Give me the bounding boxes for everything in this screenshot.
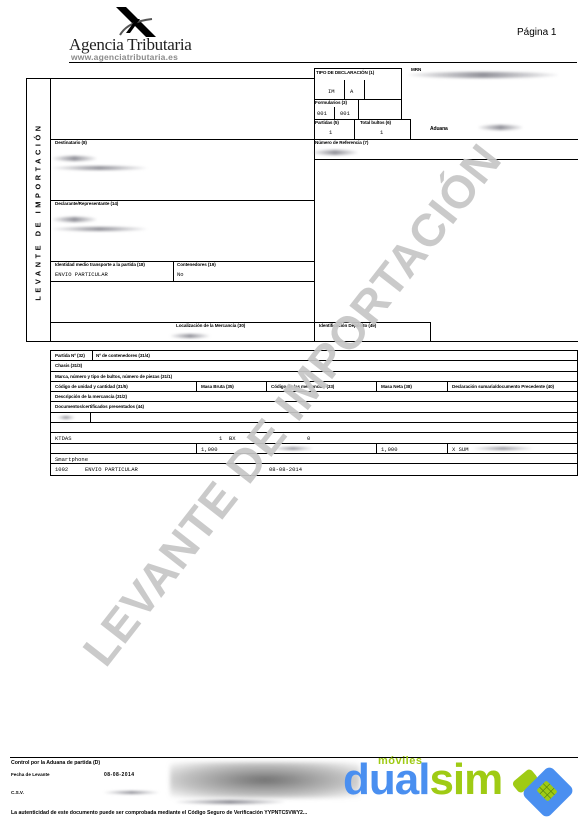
cell-divider	[90, 413, 91, 423]
cell-divider	[376, 444, 377, 454]
declaracion-sumaria-label: Declaración sumaria/documento Precedente…	[452, 384, 554, 389]
tipo-value-2: A	[350, 88, 353, 95]
cell-divider	[358, 99, 359, 120]
masa-neta-label: Masa Neta (38)	[381, 384, 412, 389]
agency-logo-mark-icon	[112, 5, 160, 39]
row-divider	[50, 139, 578, 140]
fecha-levante-value: 08-08-2014	[104, 772, 135, 778]
agency-url: www.agenciatributaria.es	[71, 52, 178, 62]
cell-divider	[196, 382, 197, 392]
control-label: Control por la Aduana de partida (D)	[11, 760, 100, 766]
redacted-precedente	[473, 447, 533, 450]
side-title-text: LEVANTE DE IMPORTACIÓN	[34, 122, 43, 300]
localizacion-label: Localización de la Mercancía (30)	[176, 323, 245, 328]
formularios-value-2: 001	[340, 110, 350, 117]
cell-divider	[376, 382, 377, 392]
doc-code: 1002	[55, 466, 68, 473]
transporte-value: ENVIO PARTICULAR	[55, 271, 108, 278]
doc-desc: ENVIO PARTICULAR	[85, 466, 138, 473]
tipo-declaracion-label: TIPO DE DECLARACIÓN (1)	[316, 70, 374, 75]
masa-neta-value: 1,000	[381, 446, 398, 453]
form-top-border	[26, 78, 314, 79]
redacted-destinatario-2	[52, 166, 147, 170]
mrn-label: MRN	[411, 67, 421, 72]
aduana-label: Aduana	[430, 126, 448, 132]
descripcion-value: Smartphone	[55, 456, 88, 463]
redacted-signature-line	[175, 800, 285, 804]
brand-wordmark: dualsim	[343, 758, 502, 802]
masa-bruta-label: Masa Bruta (35)	[201, 384, 234, 389]
cell-divider	[196, 444, 197, 454]
formularios-label: Formularios (3)	[315, 100, 347, 105]
marca-label: Marca, número y tipo de bultos, número d…	[55, 374, 172, 379]
contenedores-value: No	[177, 271, 184, 278]
redacted-aduana	[478, 125, 523, 130]
goods-row-masses: 1,000 1,000 X SUM	[51, 444, 577, 454]
partidas-value: 1	[329, 129, 332, 136]
marks-value: KTDAS	[55, 435, 72, 442]
brand-wordmark-dual: dual	[343, 755, 429, 804]
brand-wordmark-sim: sim	[429, 755, 502, 804]
declarante-label: Declarante/Representante (14)	[55, 201, 118, 206]
cell-divider	[344, 80, 345, 100]
contenedores-label: Contenedores (19)	[177, 262, 216, 267]
num-contenedores-label: Nº de contenedores (31/4)	[96, 353, 150, 358]
redacted-destinatario-1	[52, 156, 97, 161]
cell-divider	[447, 444, 448, 454]
masa-bruta-value: 1,000	[201, 446, 218, 453]
destinatario-label: Destinatario (8)	[55, 140, 87, 145]
goods-row-empty	[51, 423, 577, 433]
zero-value: 0	[307, 435, 310, 442]
redacted-referencia	[312, 150, 358, 155]
documentos-label: Documentos/certificados presentados (44)	[55, 404, 144, 409]
quantity-value: 1	[219, 435, 222, 442]
goods-row-descripcion-value: Smartphone	[51, 454, 577, 464]
sim-card-icon	[508, 764, 578, 822]
cell-divider	[173, 261, 174, 282]
redacted-signature	[170, 762, 360, 798]
page-number: Página 1	[517, 27, 556, 38]
redacted-mrn	[408, 72, 558, 78]
redacted-document-code	[57, 416, 75, 419]
cell-divider	[92, 351, 93, 361]
cell-divider	[447, 382, 448, 392]
csv-label: C.S.V.	[11, 790, 24, 795]
chasis-label: Chasis (31/3)	[55, 363, 82, 368]
redacted-declarante-1	[52, 217, 97, 222]
cell-divider	[354, 119, 355, 140]
row-divider	[50, 281, 314, 282]
formularios-value-1: 001	[317, 110, 327, 117]
redacted-declarante-2	[52, 227, 147, 231]
transporte-label: Identidad medio transporte a la partida …	[55, 262, 145, 267]
header-rule	[69, 62, 577, 63]
cell-divider	[364, 80, 365, 100]
partida-label: Partida Nº (32)	[55, 353, 85, 358]
partidas-label: Partidas (5)	[315, 120, 339, 125]
referencia-label: Número de Referencia (7)	[315, 140, 368, 145]
descripcion-label: Descripción de la mercancía (31/2)	[55, 394, 127, 399]
bultos-label: Total bultos (6)	[360, 120, 391, 125]
redacted-csv	[104, 791, 159, 794]
tipo-value-1: IM	[328, 88, 335, 95]
precedente-value: X SUM	[452, 446, 469, 453]
fecha-levante-label: Fecha de Levante	[11, 772, 50, 777]
authenticity-text: La autenticidad de este documento puede …	[11, 810, 307, 816]
form-bottom-border	[26, 341, 578, 342]
side-title: LEVANTE DE IMPORTACIÓN	[27, 80, 49, 342]
side-divider	[50, 78, 51, 342]
redacted-localizacion	[170, 334, 210, 338]
cell-divider	[266, 382, 267, 392]
row-divider	[314, 159, 578, 160]
bultos-value: 1	[380, 129, 383, 136]
codigo-unidad-label: Código de unidad y cantidad (31/5)	[55, 384, 128, 389]
goods-row-doc: 1002 ENVIO PARTICULAR 08-08-2014	[51, 464, 577, 474]
goods-row-marks: KTDAS 1 BX 0	[51, 433, 577, 443]
